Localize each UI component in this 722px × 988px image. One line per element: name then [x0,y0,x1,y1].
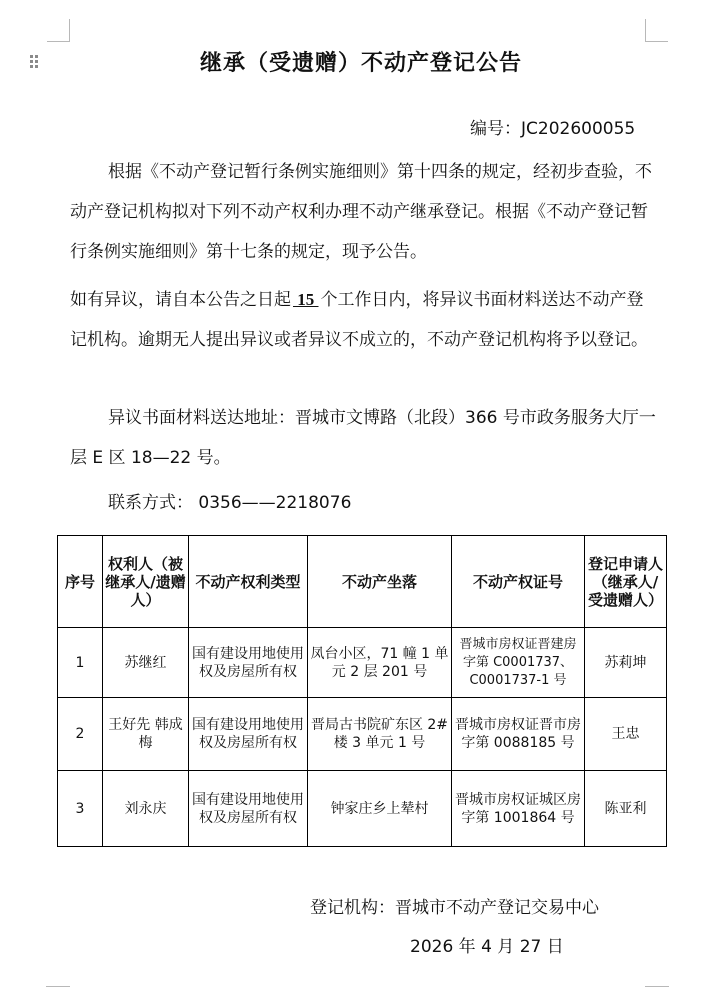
objection-days: 15 [291,290,321,309]
cell-applicant: 苏莉坤 [585,628,667,698]
paragraph-legal-basis-text: 根据《不动产登记暂行条例实施细则》第十四条的规定，经初步查验，不动产登记机构拟对… [70,162,652,262]
paragraph-contact: 联系方式： 0356——2218076 [70,483,660,523]
cell-right-type: 国有建设用地使用权及房屋所有权 [189,771,308,847]
header-right-holder: 权利人（被继承人/遗赠人） [103,536,189,628]
objection-text-before: 如有异议，请自本公告之日起 [70,290,291,310]
cell-right-holder: 苏继红 [103,628,189,698]
page-corner-mark-top-right [645,19,668,42]
cell-index: 2 [58,698,103,771]
header-index: 序号 [58,536,103,628]
document-number: 编号：JC202600055 [470,114,635,139]
cell-certificate: 晋城市房权证城区房字第 1001864 号 [452,771,585,847]
header-applicant: 登记申请人（继承人/受遗赠人） [585,536,667,628]
table-header-row: 序号 权利人（被继承人/遗赠人） 不动产权利类型 不动产坐落 不动产权证号 登记… [58,536,667,628]
header-right-type: 不动产权利类型 [189,536,308,628]
header-certificate: 不动产权证号 [452,536,585,628]
contact-text: 联系方式： 0356——2218076 [108,493,351,513]
cell-applicant: 陈亚利 [585,771,667,847]
cell-right-type: 国有建设用地使用权及房屋所有权 [189,698,308,771]
cell-right-holder: 刘永庆 [103,771,189,847]
paragraph-address: 异议书面材料送达地址：晋城市文博路（北段）366 号市政务服务大厅一层 E 区 … [70,398,660,478]
page-corner-mark-top-left [47,19,70,42]
registration-table: 序号 权利人（被继承人/遗赠人） 不动产权利类型 不动产坐落 不动产权证号 登记… [57,535,667,847]
cell-index: 1 [58,628,103,698]
document-number-value: JC202600055 [521,119,635,139]
cell-certificate: 晋城市房权证晋建房字第 C0001737、C0001737-1 号 [452,628,585,698]
table-row: 3 刘永庆 国有建设用地使用权及房屋所有权 钟家庄乡上辇村 晋城市房权证城区房字… [58,771,667,847]
cell-location: 晋局古书院矿东区 2#楼 3 单元 1 号 [308,698,452,771]
table-row: 2 王好先 韩成梅 国有建设用地使用权及房屋所有权 晋局古书院矿东区 2#楼 3… [58,698,667,771]
paragraph-legal-basis: 根据《不动产登记暂行条例实施细则》第十四条的规定，经初步查验，不动产登记机构拟对… [70,152,660,272]
paragraph-objection-period: 如有异议，请自本公告之日起 15 个工作日内，将异议书面材料送达不动产登记机构。… [70,280,660,360]
cell-right-holder: 王好先 韩成梅 [103,698,189,771]
cell-certificate: 晋城市房权证晋市房字第 0088185 号 [452,698,585,771]
cell-right-type: 国有建设用地使用权及房屋所有权 [189,628,308,698]
announcement-date: 2026 年 4 月 27 日 [410,932,564,957]
address-text: 异议书面材料送达地址：晋城市文博路（北段）366 号市政务服务大厅一层 E 区 … [70,408,656,468]
document-number-label: 编号： [470,119,521,139]
cell-location: 钟家庄乡上辇村 [308,771,452,847]
document-title: 继承（受遗赠）不动产登记公告 [0,46,722,77]
cell-index: 3 [58,771,103,847]
registration-authority: 登记机构：晋城市不动产登记交易中心 [310,893,599,918]
cell-location: 凤台小区，71 幢 1 单元 2 层 201 号 [308,628,452,698]
table-row: 1 苏继红 国有建设用地使用权及房屋所有权 凤台小区，71 幢 1 单元 2 层… [58,628,667,698]
header-location: 不动产坐落 [308,536,452,628]
cell-applicant: 王忠 [585,698,667,771]
